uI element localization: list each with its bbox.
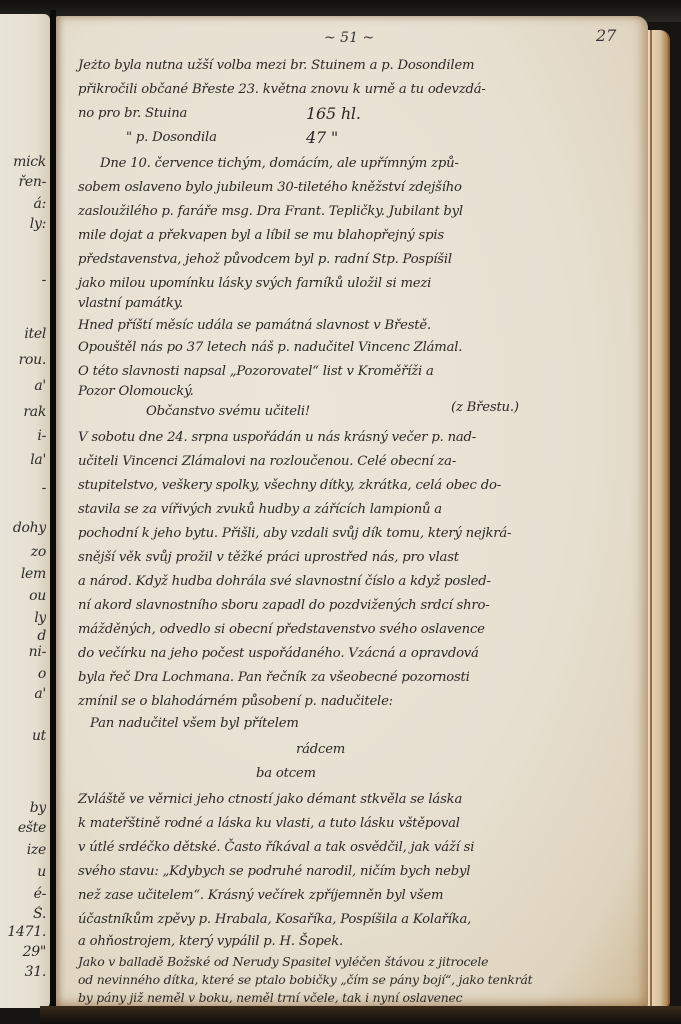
text-line: a národ. Když hudba dohrála své slavnost… bbox=[78, 574, 491, 589]
text-line: ní akord slavnostního sboru zapadl do po… bbox=[78, 598, 490, 613]
text-line: mážděných, odvedlo si obecní představens… bbox=[78, 622, 485, 637]
left-fragment: rou. bbox=[0, 352, 46, 368]
text-line: jako milou upomínku lásky svých farníků … bbox=[78, 276, 431, 291]
text-line: V sobotu dne 24. srpna uspořádán u nás k… bbox=[78, 430, 476, 445]
left-fragment: řen- bbox=[0, 174, 46, 190]
left-page-edge: mick řen- á: ly: - itel rou. a' rak i- l… bbox=[0, 14, 50, 1008]
center-page-number: ~ 51 ~ bbox=[324, 30, 374, 46]
text-line: účastníkům zpěvy p. Hrabala, Kosaříka, P… bbox=[78, 912, 471, 927]
text-line: Jeżto byla nutna užší volba mezi br. Stu… bbox=[78, 58, 474, 73]
left-fragment: 29" bbox=[0, 944, 46, 960]
left-fragment: ly: bbox=[0, 216, 46, 232]
article-heading: Občanstvo svému učiteli! bbox=[146, 404, 310, 419]
text-line: než zase učitelem“. Krásný večírek zpříj… bbox=[78, 888, 443, 903]
left-fragment: ni- bbox=[0, 644, 46, 660]
text-line: svého stavu: „Kdybych se podruhé narodil… bbox=[78, 864, 470, 879]
text-line: pochodní k jeho bytu. Přišli, aby vzdali… bbox=[78, 526, 511, 541]
left-fragment: mick bbox=[0, 154, 46, 170]
left-fragment: i- bbox=[0, 428, 46, 444]
left-fragment: - bbox=[0, 480, 46, 496]
text-line: snější věk svůj prožil v těžké práci upr… bbox=[78, 550, 459, 565]
text-line: do večírku na jeho počest uspořádaného. … bbox=[78, 646, 479, 661]
text-line: Pan nadučitel všem byl přítelem bbox=[90, 716, 299, 731]
left-fragment: ize bbox=[0, 842, 46, 858]
left-fragment: dohy bbox=[0, 520, 46, 536]
left-fragment: by bbox=[0, 800, 46, 816]
text-line: no pro br. Stuina bbox=[78, 106, 187, 121]
corner-page-number: 27 bbox=[596, 26, 616, 45]
left-fragment: ešte bbox=[0, 820, 46, 836]
left-fragment: a' bbox=[0, 378, 46, 394]
text-line: přikročili občané Břeste 23. května znov… bbox=[78, 82, 486, 97]
left-fragment: la' bbox=[0, 452, 46, 468]
left-fragment: itel bbox=[0, 326, 46, 342]
text-line: zmínil se o blahodárném působení p. nadu… bbox=[78, 694, 393, 709]
text-line: Hned příští měsíc udála se památná slavn… bbox=[78, 318, 431, 333]
text-line: v útlé srdéčko dětské. Často říkával a t… bbox=[78, 840, 474, 855]
text-line: vlastní památky. bbox=[78, 296, 183, 311]
left-fragment: d bbox=[0, 628, 46, 644]
left-fragment: u bbox=[0, 864, 46, 880]
text-line: " p. Dosondila bbox=[126, 130, 217, 145]
left-fragment: 1471. bbox=[0, 924, 46, 940]
text-line: rádcem bbox=[296, 742, 345, 757]
text-line: učiteli Vincenci Zlámalovi na rozloučeno… bbox=[78, 454, 456, 469]
manuscript-page: ~ 51 ~ 27 Jeżto byla nutna užší volba me… bbox=[56, 16, 648, 1008]
left-fragment: ut bbox=[0, 728, 46, 744]
left-fragment: é- bbox=[0, 886, 46, 902]
left-fragment: - bbox=[0, 272, 46, 288]
text-line: stupitelstvo, veškery spolky, všechny dí… bbox=[78, 478, 501, 493]
text-line: O této slavnosti napsal „Pozorovatel“ li… bbox=[78, 364, 434, 379]
left-fragment: á: bbox=[0, 196, 46, 212]
text-line: zasloužilého p. faráře msg. Dra Frant. T… bbox=[78, 204, 463, 219]
text-line: stavila se za vířivých zvuků hudby a zář… bbox=[78, 502, 442, 517]
left-fragment: 31. bbox=[0, 964, 46, 980]
left-fragment: ou bbox=[0, 588, 46, 604]
left-fragment: ly bbox=[0, 610, 46, 626]
text-line: Opouštěl nás po 37 letech náš p. nadučit… bbox=[78, 340, 462, 355]
text-line: sobem oslaveno bylo jubileum 30-tiletého… bbox=[78, 180, 462, 195]
text-line: Pozor Olomoucký. bbox=[78, 384, 194, 399]
left-fragment: a' bbox=[0, 686, 46, 702]
left-fragment: rak bbox=[0, 404, 46, 420]
vote-count: 47 " bbox=[306, 128, 338, 147]
left-fragment: Š. bbox=[0, 906, 46, 922]
text-line: byla řeč Dra Lochmana. Pan řečník za vše… bbox=[78, 670, 470, 685]
book-bottom-edge bbox=[40, 1006, 681, 1024]
left-fragment: lem bbox=[0, 566, 46, 582]
text-line: mile dojat a překvapen byl a líbil se mu… bbox=[78, 228, 444, 243]
text-line: Zvláště ve věrnici jeho ctností jako dém… bbox=[78, 792, 462, 807]
left-fragment: o bbox=[0, 666, 46, 682]
text-line: Dne 10. července tichým, domácím, ale up… bbox=[100, 156, 459, 171]
text-line: k mateřštině rodné a láska ku vlasti, a … bbox=[78, 816, 460, 831]
text-line: a ohňostrojem, který vypálil p. H. Šopek… bbox=[78, 934, 343, 949]
text-line: představenstva, jehož původcem byl p. ra… bbox=[78, 252, 452, 267]
vote-count: 165 hl. bbox=[306, 104, 361, 123]
article-source: (z Břestu.) bbox=[451, 400, 519, 415]
left-fragment: zo bbox=[0, 544, 46, 560]
text-line: ba otcem bbox=[256, 766, 316, 781]
